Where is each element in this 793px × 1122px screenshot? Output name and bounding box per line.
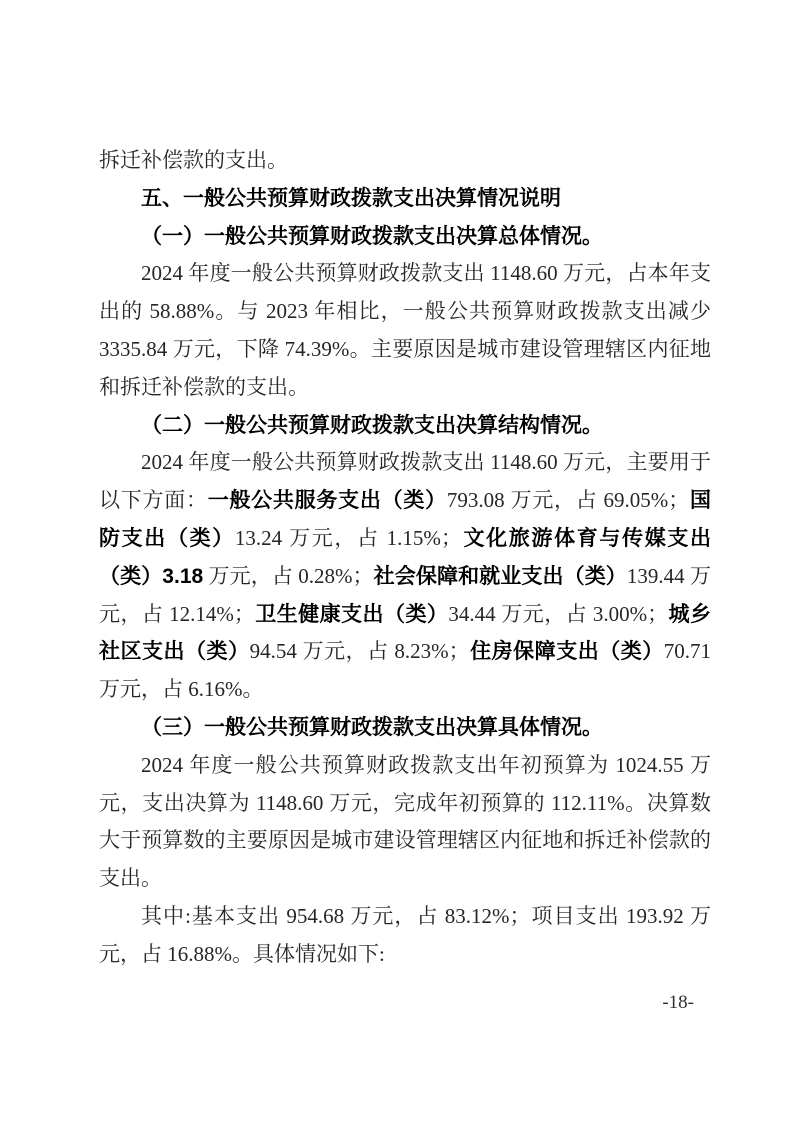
text-run: （三）一般公共预算财政拨款支出决算具体情况。 bbox=[141, 716, 603, 739]
text-run: 34.44 万元，占 3.00%； bbox=[448, 602, 668, 626]
document-body: 拆迁补偿款的支出。五、一般公共预算财政拨款支出决算情况说明（一）一般公共预算财政… bbox=[99, 142, 711, 974]
text-run: 2024 年度一般公共预算财政拨款支出年初预算为 1024.55 万元，支出决算… bbox=[99, 753, 711, 890]
section-heading: （三）一般公共预算财政拨款支出决算具体情况。 bbox=[99, 709, 711, 747]
paragraph: 其中:基本支出 954.68 万元，占 83.12%；项目支出 193.92 万… bbox=[99, 898, 711, 974]
text-run: 住房保障支出（类） bbox=[470, 640, 664, 663]
page-number: -18- bbox=[662, 991, 694, 1015]
section-heading: （二）一般公共预算财政拨款支出决算结构情况。 bbox=[99, 407, 711, 445]
section-heading: （一）一般公共预算财政拨款支出决算总体情况。 bbox=[99, 218, 711, 256]
text-run: 其中:基本支出 954.68 万元，占 83.12%；项目支出 193.92 万… bbox=[99, 904, 711, 966]
text-run: 社会保障和就业支出（类） bbox=[374, 565, 627, 588]
text-run: 793.08 万元，占 69.05%； bbox=[447, 488, 689, 512]
paragraph: 2024 年度一般公共预算财政拨款支出 1148.60 万元，占本年支出的 58… bbox=[99, 255, 711, 406]
text-run: 卫生健康支出（类） bbox=[255, 603, 449, 626]
text-run: 五、一般公共预算财政拨款支出决算情况说明 bbox=[141, 187, 561, 210]
text-run: 拆迁补偿款的支出。 bbox=[99, 148, 288, 172]
text-run: （一）一般公共预算财政拨款支出决算总体情况。 bbox=[141, 225, 603, 248]
text-run: 94.54 万元，占 8.23%； bbox=[250, 639, 470, 663]
paragraph: 拆迁补偿款的支出。 bbox=[99, 142, 711, 180]
text-run: 一般公共服务支出（类） bbox=[208, 489, 447, 512]
text-run: 13.24 万元，占 1.15%； bbox=[235, 526, 462, 550]
paragraph: 2024 年度一般公共预算财政拨款支出年初预算为 1024.55 万元，支出决算… bbox=[99, 747, 711, 898]
section-heading: 五、一般公共预算财政拨款支出决算情况说明 bbox=[99, 180, 711, 218]
text-run: （二）一般公共预算财政拨款支出决算结构情况。 bbox=[141, 414, 603, 437]
paragraph: 2024 年度一般公共预算财政拨款支出 1148.60 万元，主要用于以下方面：… bbox=[99, 444, 711, 709]
document-page: 拆迁补偿款的支出。五、一般公共预算财政拨款支出决算情况说明（一）一般公共预算财政… bbox=[0, 0, 793, 1122]
text-run: 万元，占 0.28%； bbox=[203, 564, 373, 588]
text-run: 2024 年度一般公共预算财政拨款支出 1148.60 万元，占本年支出的 58… bbox=[99, 261, 711, 398]
